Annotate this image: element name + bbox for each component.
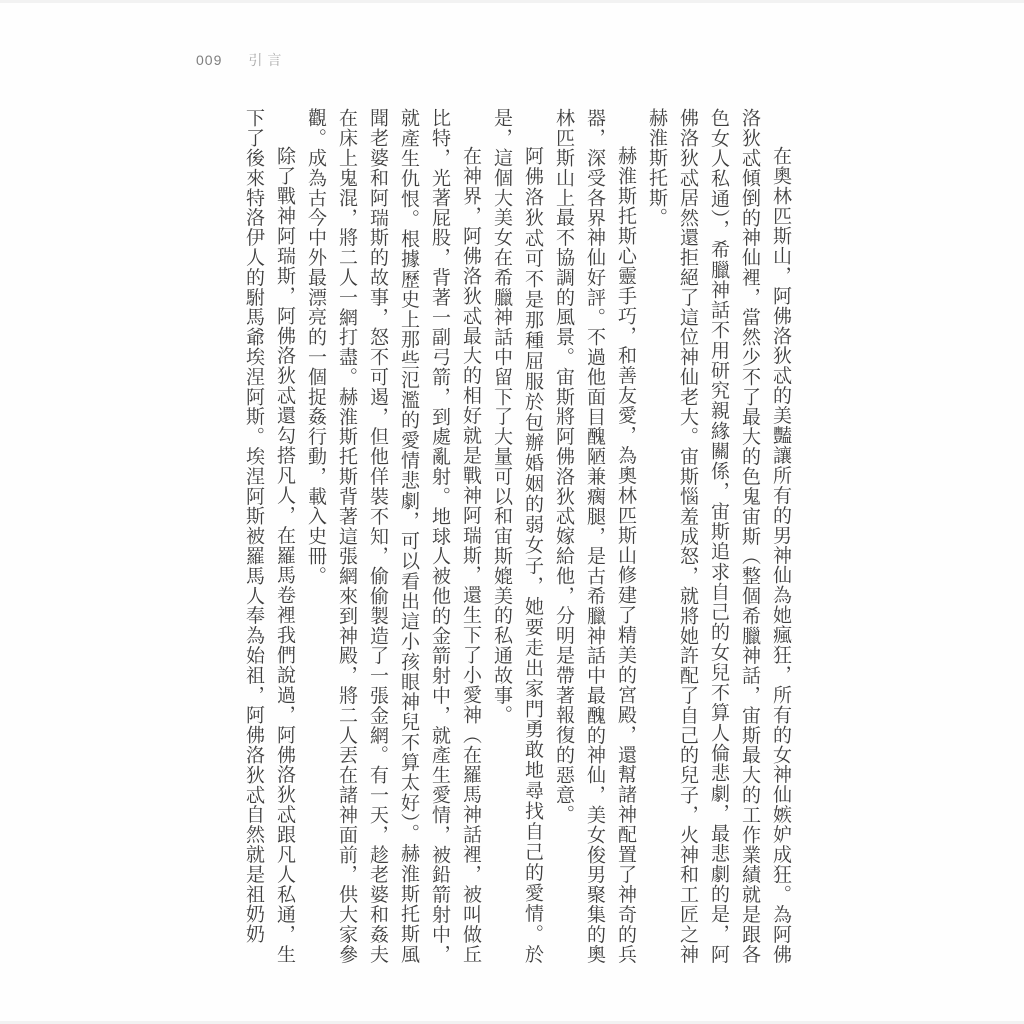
paragraph: 赫淮斯托斯心靈手巧，和善友愛，為奧林匹斯山修建了精美的宮殿，還幫諸神配置了神奇的… — [548, 108, 641, 964]
paragraph: 阿佛洛狄忒可不是那種屈服於包辦婚姻的弱女子，她要走出家門勇敢地尋找自己的愛情。於… — [486, 108, 548, 964]
running-head: 009引言 — [196, 50, 286, 70]
paragraph: 在奧林匹斯山，阿佛洛狄忒的美豔讓所有的男神仙為她瘋狂，所有的女神仙嫉妒成狂。為阿… — [641, 108, 796, 964]
book-page: 009引言 在奧林匹斯山，阿佛洛狄忒的美豔讓所有的男神仙為她瘋狂，所有的女神仙嫉… — [0, 0, 1024, 1024]
paragraph: 除了戰神阿瑞斯，阿佛洛狄忒還勾搭凡人，在羅馬卷裡我們說過，阿佛洛狄忒跟凡人私通，… — [238, 108, 300, 964]
vertical-text-body: 在奧林匹斯山，阿佛洛狄忒的美豔讓所有的男神仙為她瘋狂，所有的女神仙嫉妒成狂。為阿… — [224, 108, 796, 964]
page-number: 009 — [196, 52, 222, 68]
paragraph: 在神界，阿佛洛狄忒最大的相好就是戰神阿瑞斯，還生下了小愛神（在羅馬神話裡，被叫做… — [300, 108, 486, 964]
page-edge-top — [0, 0, 1024, 3]
section-title: 引言 — [248, 52, 286, 68]
